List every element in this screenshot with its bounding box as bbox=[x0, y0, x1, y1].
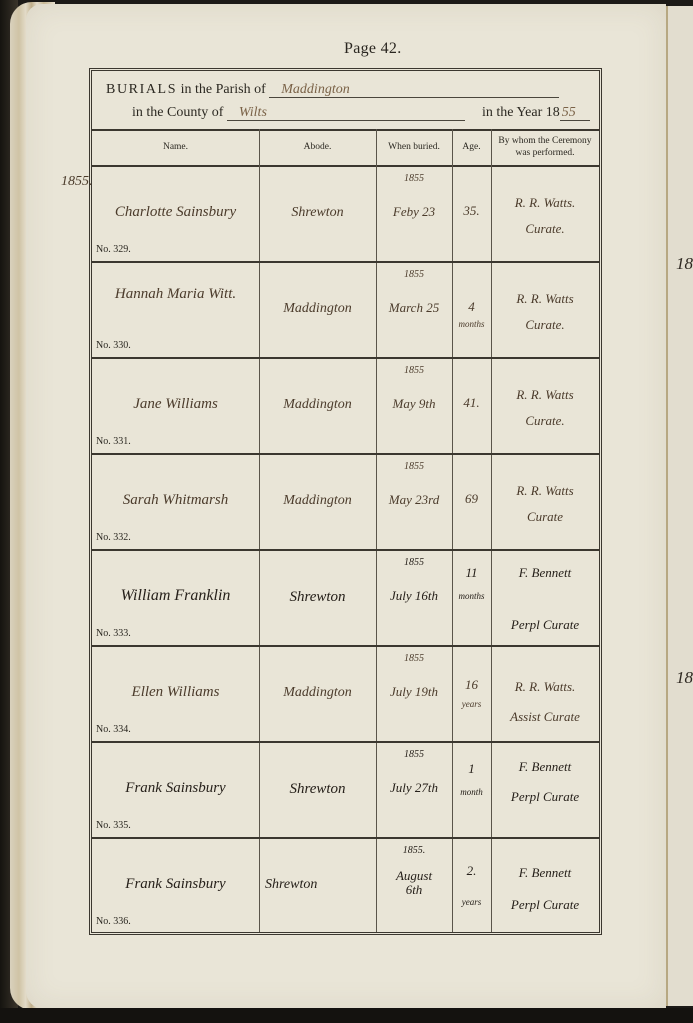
entry-burial-date: July 27th bbox=[376, 781, 452, 795]
entry-burial-date: Feby 23 bbox=[376, 205, 452, 219]
entry-number: No. 331. bbox=[96, 436, 131, 447]
entry-officiant-title: Curate bbox=[493, 509, 597, 525]
burial-entry-row: Frank SainsburyNo. 336. Shrewton 1855.Au… bbox=[92, 839, 599, 932]
entry-officiant-title: Perpl Curate bbox=[493, 789, 597, 805]
burial-entry-row: Charlotte SainsburyNo. 329. Shrewton 185… bbox=[92, 167, 599, 263]
entry-burial-year: 1855 bbox=[376, 173, 452, 184]
entry-age-unit: months bbox=[452, 591, 491, 601]
entry-age-unit: months bbox=[452, 319, 491, 329]
entry-name: Frank Sainsbury bbox=[96, 873, 255, 895]
entry-age: 35. bbox=[452, 203, 491, 219]
register-heading: BURIALS in the Parish of Maddington in t… bbox=[92, 71, 599, 131]
entry-burial-date: May 9th bbox=[376, 397, 452, 411]
entry-age: 4 bbox=[452, 299, 491, 315]
entry-name: Frank Sainsbury bbox=[96, 777, 255, 799]
next-page-mark: 18 bbox=[676, 254, 693, 274]
entry-name: Charlotte Sainsbury bbox=[96, 201, 255, 223]
column-header-officiant: By whom the Ceremony was performed. bbox=[491, 129, 599, 167]
entry-burial-date: March 25 bbox=[376, 301, 452, 315]
entry-officiant: R. R. Watts bbox=[493, 483, 597, 499]
burial-entry-row: Ellen WilliamsNo. 334. Maddington 1855Ju… bbox=[92, 647, 599, 743]
entry-abode: Shrewton bbox=[261, 781, 374, 798]
entry-age-unit: years bbox=[452, 699, 491, 709]
entry-age: 11 bbox=[452, 565, 491, 581]
parish-field: Maddington bbox=[269, 82, 559, 98]
entry-burial-year: 1855 bbox=[376, 461, 452, 472]
entry-officiant: R. R. Watts bbox=[493, 387, 597, 403]
entry-number: No. 333. bbox=[96, 628, 131, 639]
year-label: in the Year 18 bbox=[482, 105, 560, 120]
entry-officiant-title: Curate. bbox=[493, 221, 597, 237]
entry-officiant: F. Bennett bbox=[493, 759, 597, 775]
entry-age: 1 bbox=[452, 761, 491, 777]
background-surface bbox=[0, 1008, 693, 1023]
entry-burial-date: July 16th bbox=[376, 589, 452, 603]
column-header-when-buried: When buried. bbox=[376, 129, 452, 167]
column-header-name: Name. bbox=[92, 129, 259, 167]
entry-burial-year: 1855 bbox=[376, 749, 452, 760]
county-line: in the County of Wilts bbox=[132, 105, 465, 121]
entry-number: No. 329. bbox=[96, 244, 131, 255]
entry-officiant: F. Bennett bbox=[493, 865, 597, 881]
entry-number: No. 330. bbox=[96, 340, 131, 351]
burial-entry-row: William FranklinNo. 333. Shrewton 1855Ju… bbox=[92, 551, 599, 647]
column-header-age: Age. bbox=[452, 129, 491, 167]
county-label: in the County of bbox=[132, 105, 223, 120]
margin-year-note: 1855. bbox=[61, 174, 93, 190]
page-number: Page 42. bbox=[344, 40, 402, 58]
entry-burial-year: 1855. bbox=[376, 845, 452, 856]
register-title: BURIALS bbox=[106, 82, 177, 97]
entry-burial-year: 1855 bbox=[376, 653, 452, 664]
entry-number: No. 334. bbox=[96, 724, 131, 735]
entry-number: No. 332. bbox=[96, 532, 131, 543]
entry-burial-year: 1855 bbox=[376, 365, 452, 376]
entry-abode: Maddington bbox=[261, 685, 374, 701]
entry-officiant-title: Assist Curate bbox=[493, 709, 597, 725]
burial-entry-row: Hannah Maria Witt.No. 330. Maddington 18… bbox=[92, 263, 599, 359]
burial-register-table: BURIALS in the Parish of Maddington in t… bbox=[89, 68, 602, 935]
entry-officiant-title: Perpl Curate bbox=[493, 617, 597, 633]
county-field: Wilts bbox=[227, 105, 465, 121]
entry-officiant-title: Curate. bbox=[493, 317, 597, 333]
entry-name: Ellen Williams bbox=[96, 681, 255, 703]
next-page-edge: 18 18 bbox=[666, 6, 693, 1006]
entry-officiant: R. R. Watts. bbox=[493, 679, 597, 695]
parish-line: BURIALS in the Parish of Maddington bbox=[106, 82, 559, 98]
entry-age: 69 bbox=[452, 491, 491, 507]
entry-burial-date: August 6th bbox=[376, 869, 452, 897]
entry-age: 2. bbox=[452, 863, 491, 879]
entry-officiant: R. R. Watts bbox=[493, 291, 597, 307]
burial-entry-row: Jane WilliamsNo. 331. Maddington 1855May… bbox=[92, 359, 599, 455]
entry-number: No. 336. bbox=[96, 916, 131, 927]
entry-burial-date: July 19th bbox=[376, 685, 452, 699]
entry-abode: Maddington bbox=[261, 493, 374, 509]
year-field: 55 bbox=[560, 105, 590, 121]
entry-officiant: R. R. Watts. bbox=[493, 195, 597, 211]
entry-burial-date: May 23rd bbox=[376, 493, 452, 507]
parish-label: in the Parish of bbox=[181, 82, 266, 97]
column-header-abode: Abode. bbox=[259, 129, 376, 167]
entry-abode: Maddington bbox=[261, 301, 374, 317]
entry-abode: Maddington bbox=[261, 397, 374, 413]
year-line: in the Year 1855 bbox=[482, 105, 590, 121]
entry-name: Sarah Whitmarsh bbox=[96, 489, 255, 511]
entry-name: Jane Williams bbox=[96, 393, 255, 415]
entry-age-unit: month bbox=[452, 787, 491, 797]
entry-number: No. 335. bbox=[96, 820, 131, 831]
entry-abode: Shrewton bbox=[261, 877, 374, 893]
entry-name: William Franklin bbox=[96, 585, 255, 607]
entry-abode: Shrewton bbox=[261, 205, 374, 221]
entry-officiant-title: Curate. bbox=[493, 413, 597, 429]
burial-entry-row: Sarah WhitmarshNo. 332. Maddington 1855M… bbox=[92, 455, 599, 551]
entry-age-unit: years bbox=[452, 897, 491, 907]
entry-burial-year: 1855 bbox=[376, 557, 452, 568]
entry-officiant: F. Bennett bbox=[493, 565, 597, 581]
next-page-mark: 18 bbox=[676, 668, 693, 688]
entry-burial-year: 1855 bbox=[376, 269, 452, 280]
entry-age: 16 bbox=[452, 677, 491, 693]
entry-name: Hannah Maria Witt. bbox=[96, 283, 255, 305]
entry-abode: Shrewton bbox=[261, 589, 374, 606]
entry-officiant-title: Perpl Curate bbox=[493, 897, 597, 913]
entry-age: 41. bbox=[452, 395, 491, 411]
burial-entry-row: Frank SainsburyNo. 335. Shrewton 1855Jul… bbox=[92, 743, 599, 839]
